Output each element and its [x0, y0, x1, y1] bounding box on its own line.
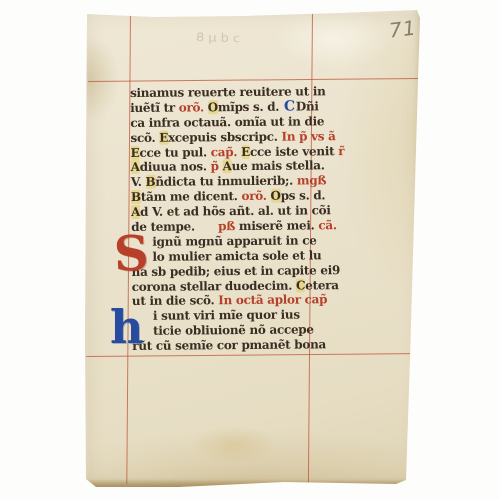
text-segment: mgß — [297, 174, 326, 188]
text-line-12: lo mulier amicta sole et lu — [131, 248, 323, 265]
text-segment: E — [159, 130, 168, 144]
text-segment: cce tu pul. — [139, 145, 210, 160]
text-segment: In p̃ vs ã — [281, 129, 335, 143]
text-line-15: ut in die scõ. In octã aplor cap̃ — [132, 293, 324, 310]
text-line-17: ticie obliuionẽ nõ accepe — [132, 323, 324, 340]
text-segment: orõ. — [241, 189, 270, 203]
text-segment: ps s. d. — [281, 189, 326, 203]
leaf-bottom-edge — [84, 479, 422, 487]
text-segment: diuua nos. — [140, 160, 211, 175]
text-segment: lo mulier amicta sole et lu — [152, 248, 321, 263]
text-line-13: na sb pedib; eius et in capite ei9 — [132, 263, 324, 280]
text-line-2: iuẽtĩ tr orõ. Omĩps s. d. CDñi — [130, 99, 322, 116]
text-line-7: V. Bñdicta tu inmulierib;. mgß — [131, 174, 323, 191]
text-line-18: rũt cũ semĩe cor pmanẽt bona — [132, 337, 324, 354]
text-segment: corona stellar duodecim. — [132, 278, 296, 293]
text-segment: etera — [305, 278, 339, 292]
text-segment: iuẽtĩ tr — [130, 100, 179, 114]
text-segment: p̃ — [211, 160, 223, 174]
text-line-4: scõ. Excepuis sbscripc. In p̃ vs ã — [130, 129, 322, 146]
manuscript-leaf: 8µbc 71 sinamus reuerte reuitere ut iniu… — [84, 9, 422, 487]
text-segment: ue mais stella. — [232, 159, 325, 174]
text-segment: A — [131, 160, 140, 174]
text-segment: r̃ — [338, 144, 344, 158]
text-line-8: Btãm me dicent. orõ. Ops s. d. — [131, 189, 323, 206]
text-segment: A — [131, 205, 140, 219]
text-segment: pß — [218, 219, 239, 233]
text-segment: ticie obliuionẽ nõ accepe — [153, 323, 314, 338]
text-line-16: i sunt viri mĩe quor ius — [132, 308, 324, 325]
photo-background: 8µbc 71 sinamus reuerte reuitere ut iniu… — [0, 0, 500, 500]
text-line-14: corona stellar duodecim. Cetera — [132, 278, 324, 295]
text-segment: Dñi — [296, 99, 319, 113]
text-segment: miserẽ mei. — [239, 218, 319, 233]
text-segment: scõ. — [130, 130, 159, 144]
text-segment: na sb pedib; eius et in capite ei9 — [132, 263, 340, 279]
text-segment: ñdicta tu inmulierib;. — [155, 174, 297, 189]
text-segment: In octã aplor cap̃ — [218, 293, 327, 308]
text-line-6: Adiuua nos. p̃ Aue mais stella. — [131, 159, 323, 176]
text-segment: ignũ mgnũ apparuit in ce — [152, 233, 316, 248]
text-segment: B — [145, 175, 155, 189]
initial-h-blue: h — [110, 309, 143, 347]
text-segment: rũt cũ semĩe cor pmanẽt bona — [132, 337, 326, 353]
text-line-11: ignũ mgnũ apparuit in ce — [131, 233, 323, 250]
text-segment: sinamus reuerte reuitere ut in — [130, 84, 326, 100]
text-segment: B — [131, 190, 141, 204]
text-segment: cã. — [318, 218, 336, 232]
text-segment: A — [223, 160, 232, 174]
text-segment: orõ. — [179, 100, 208, 114]
text-segment: O — [270, 189, 280, 203]
ruling-horizontal-top — [88, 78, 418, 82]
text-segment: E — [131, 145, 140, 159]
text-segment: cce iste venit — [250, 144, 338, 159]
text-segment: xcepuis sbscripc. — [168, 129, 282, 144]
text-segment: V. — [131, 175, 146, 189]
text-line-3: ca infra octauã. omĩa ut in die — [130, 114, 322, 131]
text-line-5: Ecce tu pul. cap̃. Ecce iste venit r̃ — [131, 144, 323, 161]
text-segment: d V. et ad hõs añt. al. ut in cõi — [140, 203, 331, 219]
text-segment: ut in die scõ. — [132, 294, 219, 309]
text-segment: i sunt viri mĩe quor ius — [153, 308, 300, 323]
text-segment: O — [208, 100, 218, 114]
text-segment: mĩps s. d. — [218, 100, 283, 115]
initial-s-rubric: S — [113, 234, 149, 275]
text-block: sinamus reuerte reuitere ut iniuẽtĩ tr o… — [130, 84, 324, 354]
text-segment: cap̃. — [211, 145, 241, 159]
text-segment: ca infra octauã. omĩa ut in die — [130, 114, 324, 130]
text-line-9: Ad V. et ad hõs añt. al. ut in cõi — [131, 203, 323, 220]
text-segment: C — [283, 98, 296, 114]
text-line-10: de tempe. pß miserẽ mei. cã. — [131, 218, 323, 235]
folio-number: 71 — [388, 15, 418, 42]
text-segment: tãm me dicent. — [141, 189, 242, 204]
pencil-inscription: 8µbc — [196, 31, 244, 46]
